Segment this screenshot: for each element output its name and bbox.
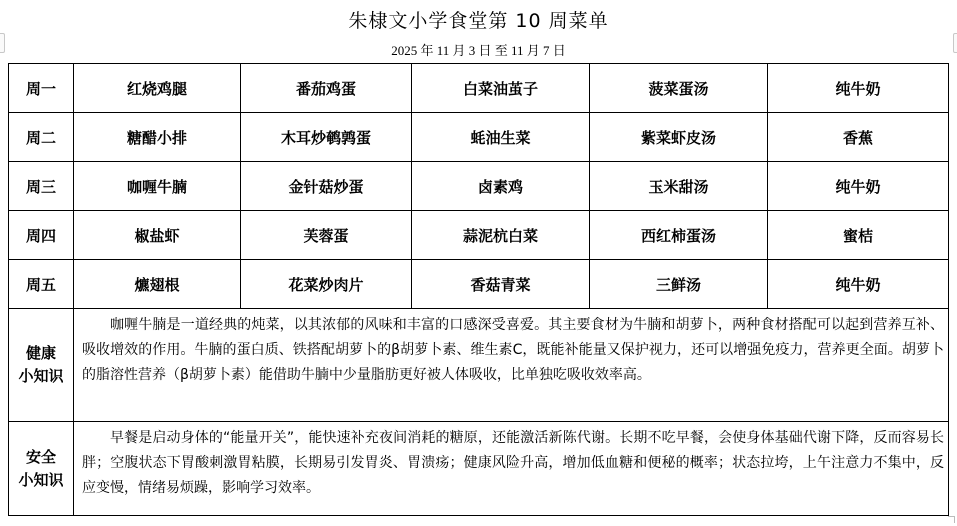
menu-row-wednesday: 周三 咖喱牛腩 金针菇炒蛋 卤素鸡 玉米甜汤 纯牛奶 — [9, 162, 949, 211]
dish-side: 芙蓉蛋 — [241, 211, 412, 260]
dish-main: 红烧鸡腿 — [74, 64, 241, 113]
health-tip-label-line1: 健康 — [9, 342, 73, 365]
health-tip-content: 咖喱牛腩是一道经典的炖菜，以其浓郁的风味和丰富的口感深受喜爱。其主要食材为牛腩和… — [74, 309, 949, 422]
day-label: 周一 — [9, 64, 74, 113]
dish-extra: 香蕉 — [768, 113, 949, 162]
dish-soup: 紫菜虾皮汤 — [590, 113, 768, 162]
dish-extra: 纯牛奶 — [768, 260, 949, 309]
dish-extra: 蜜桔 — [768, 211, 949, 260]
health-tip-text: 咖喱牛腩是一道经典的炖菜，以其浓郁的风味和丰富的口感深受喜爱。其主要食材为牛腩和… — [82, 313, 944, 388]
document-title: 朱棣文小学食堂第 10 周菜单 — [0, 8, 957, 34]
dish-soup: 西红柿蛋汤 — [590, 211, 768, 260]
dish-side: 花菜炒肉片 — [241, 260, 412, 309]
dish-soup: 玉米甜汤 — [590, 162, 768, 211]
dish-main: 咖喱牛腩 — [74, 162, 241, 211]
dish-soup: 三鲜汤 — [590, 260, 768, 309]
dish-vegetable: 蒜泥杭白菜 — [412, 211, 590, 260]
dish-side: 金针菇炒蛋 — [241, 162, 412, 211]
dish-vegetable: 白菜油茧子 — [412, 64, 590, 113]
safety-tip-text: 早餐是启动身体的“能量开关”，能快速补充夜间消耗的糖原，还能激活新陈代谢。长期不… — [82, 426, 944, 501]
dish-vegetable: 蚝油生菜 — [412, 113, 590, 162]
safety-tip-label-line2: 小知识 — [9, 469, 73, 492]
dish-side: 木耳炒鹌鹑蛋 — [241, 113, 412, 162]
page-edge-marker-left — [0, 33, 5, 53]
menu-row-thursday: 周四 椒盐虾 芙蓉蛋 蒜泥杭白菜 西红柿蛋汤 蜜桔 — [9, 211, 949, 260]
menu-row-monday: 周一 红烧鸡腿 番茄鸡蛋 白菜油茧子 菠菜蛋汤 纯牛奶 — [9, 64, 949, 113]
safety-tip-content: 早餐是启动身体的“能量开关”，能快速补充夜间消耗的糖原，还能激活新陈代谢。长期不… — [74, 422, 949, 516]
health-tip-label-line2: 小知识 — [9, 365, 73, 388]
day-label: 周二 — [9, 113, 74, 162]
page-edge-marker-right — [953, 33, 957, 53]
dish-main: 糖醋小排 — [74, 113, 241, 162]
day-label: 周四 — [9, 211, 74, 260]
day-label: 周三 — [9, 162, 74, 211]
dish-side: 番茄鸡蛋 — [241, 64, 412, 113]
dish-main: 爊翅根 — [74, 260, 241, 309]
menu-row-tuesday: 周二 糖醋小排 木耳炒鹌鹑蛋 蚝油生菜 紫菜虾皮汤 香蕉 — [9, 113, 949, 162]
dish-main: 椒盐虾 — [74, 211, 241, 260]
health-tip-label: 健康 小知识 — [9, 309, 74, 422]
health-tip-row: 健康 小知识 咖喱牛腩是一道经典的炖菜，以其浓郁的风味和丰富的口感深受喜爱。其主… — [9, 309, 949, 422]
dish-vegetable: 香菇青菜 — [412, 260, 590, 309]
dish-extra: 纯牛奶 — [768, 64, 949, 113]
dish-extra: 纯牛奶 — [768, 162, 949, 211]
date-range: 2025 年 11 月 3 日 至 11 月 7 日 — [0, 42, 957, 60]
dish-soup: 菠菜蛋汤 — [590, 64, 768, 113]
safety-tip-label: 安全 小知识 — [9, 422, 74, 516]
safety-tip-row: 安全 小知识 早餐是启动身体的“能量开关”，能快速补充夜间消耗的糖原，还能激活新… — [9, 422, 949, 516]
menu-row-friday: 周五 爊翅根 花菜炒肉片 香菇青菜 三鲜汤 纯牛奶 — [9, 260, 949, 309]
dish-vegetable: 卤素鸡 — [412, 162, 590, 211]
weekly-menu-table: 周一 红烧鸡腿 番茄鸡蛋 白菜油茧子 菠菜蛋汤 纯牛奶 周二 糖醋小排 木耳炒鹌… — [8, 63, 949, 516]
safety-tip-label-line1: 安全 — [9, 446, 73, 469]
page-corner-marker — [948, 516, 955, 523]
day-label: 周五 — [9, 260, 74, 309]
